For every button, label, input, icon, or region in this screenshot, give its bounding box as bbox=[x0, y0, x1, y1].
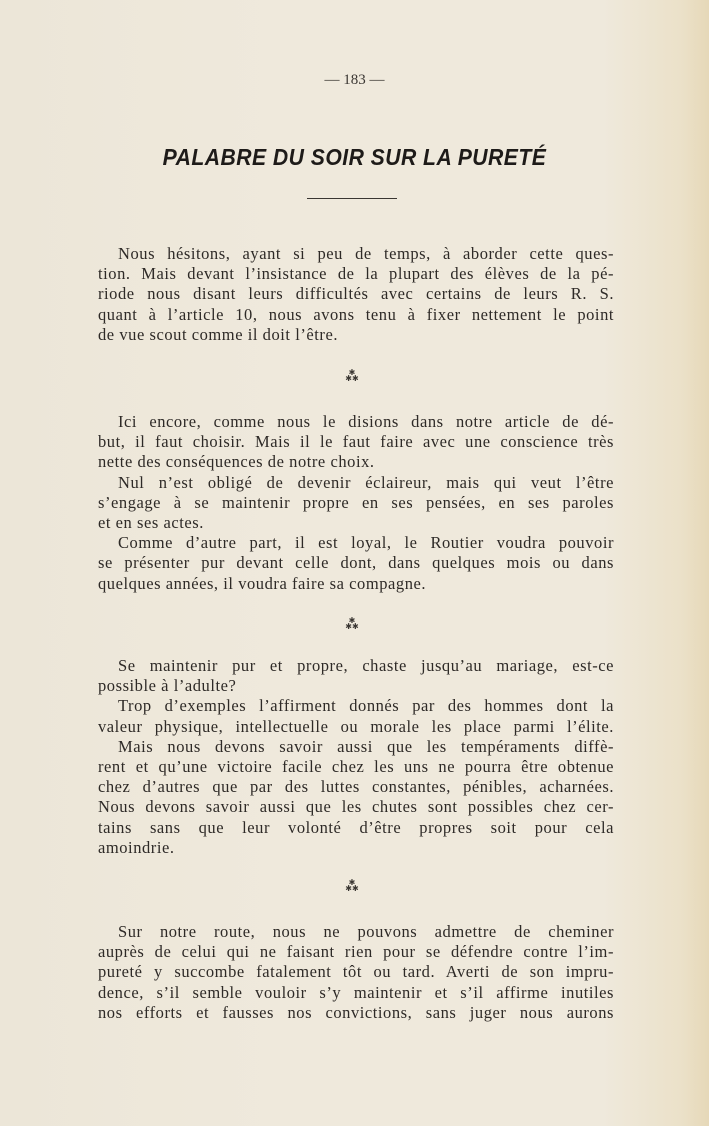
text-line: Ici encore, comme nous le disions dans n… bbox=[98, 412, 614, 432]
text-line: tion. Mais devant l’insistance de la plu… bbox=[98, 264, 614, 284]
paragraph-route: Sur notre route, nous ne pouvons admettr… bbox=[98, 922, 614, 1023]
text-line: riode nous disant leurs difficultés avec… bbox=[98, 284, 614, 304]
text-line: Nous devons savoir aussi que les chutes … bbox=[98, 797, 614, 817]
text-line: pureté y succombe fatalement tôt ou tard… bbox=[98, 962, 614, 982]
asterism-divider: ✱✱✱ bbox=[340, 618, 364, 630]
text-line: et en ses actes. bbox=[98, 513, 614, 533]
page-number: — 183 — bbox=[0, 72, 709, 89]
text-line: s’engage à se maintenir propre en ses pe… bbox=[98, 493, 614, 513]
text-line: Se maintenir pur et propre, chaste jusqu… bbox=[98, 656, 614, 676]
text-line: rent et qu’une victoire facile chez les … bbox=[98, 757, 614, 777]
paragraph-intro: Nous hésitons, ayant si peu de temps, à … bbox=[98, 244, 614, 345]
text-line: chez d’autres que par des luttes constan… bbox=[98, 777, 614, 797]
text-line: amoindrie. bbox=[98, 838, 614, 858]
text-line: tains sans que leur volonté d’être propr… bbox=[98, 818, 614, 838]
text-line: dence, s’il semble vouloir s’y maintenir… bbox=[98, 983, 614, 1003]
paragraph-choice: Ici encore, comme nous le disions dans n… bbox=[98, 412, 614, 594]
text-line: Nul n’est obligé de devenir éclaireur, m… bbox=[98, 473, 614, 493]
text-line: valeur physique, intellectuelle ou moral… bbox=[98, 717, 614, 737]
text-line: auprès de celui qui ne faisant rien pour… bbox=[98, 942, 614, 962]
title-rule bbox=[307, 198, 397, 199]
book-page: — 183 — PALABRE DU SOIR SUR LA PURETÉ No… bbox=[0, 0, 709, 1126]
text-line: nos efforts et fausses nos convictions, … bbox=[98, 1003, 614, 1023]
text-line: but, il faut choisir. Mais il le faut fa… bbox=[98, 432, 614, 452]
text-line: Sur notre route, nous ne pouvons admettr… bbox=[98, 922, 614, 942]
paragraph-chastity: Se maintenir pur et propre, chaste jusqu… bbox=[98, 656, 614, 858]
text-line: possible à l’adulte? bbox=[98, 676, 614, 696]
text-line: nette des conséquences de notre choix. bbox=[98, 452, 614, 472]
chapter-title: PALABRE DU SOIR SUR LA PURETÉ bbox=[28, 144, 680, 171]
text-line: se présenter pur devant celle dont, dans… bbox=[98, 553, 614, 573]
asterism-divider: ✱✱✱ bbox=[340, 880, 364, 892]
text-line: Nous hésitons, ayant si peu de temps, à … bbox=[98, 244, 614, 264]
text-line: Comme d’autre part, il est loyal, le Rou… bbox=[98, 533, 614, 553]
text-line: de vue scout comme il doit l’être. bbox=[98, 325, 614, 345]
asterism-divider: ✱✱✱ bbox=[340, 370, 364, 382]
text-line: quelques années, il voudra faire sa comp… bbox=[98, 574, 614, 594]
text-line: Mais nous devons savoir aussi que les te… bbox=[98, 737, 614, 757]
text-line: quant à l’article 10, nous avons tenu à … bbox=[98, 305, 614, 325]
text-line: Trop d’exemples l’affirment donnés par d… bbox=[98, 696, 614, 716]
